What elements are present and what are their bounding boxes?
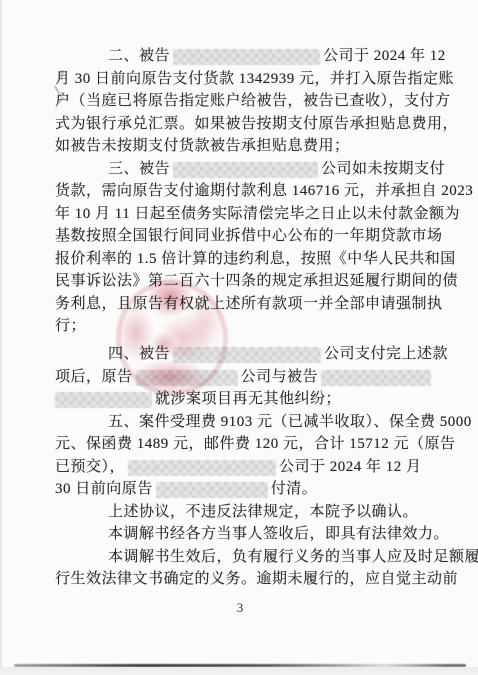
document-line: 已预交）， 公司于 2024 年 12 月 xyxy=(55,458,422,477)
line-text: 四、被告 xyxy=(108,345,170,364)
document-line: 务利息，且原告有权就上述所有款项一并全部申请强制执 xyxy=(55,295,443,314)
redacted-text xyxy=(136,370,238,386)
line-text: 已预交）， xyxy=(55,458,125,477)
document-line: 本调解书生效后，负有履行义务的当事人应及时足额履 xyxy=(108,548,478,567)
document-line: 报价利率的 1.5 倍计算的违约利息，按照《中华人民共和国 xyxy=(55,250,456,269)
document-line: 二、被告 公司于 2024 年 12 xyxy=(108,47,446,66)
line-text: 如被告未按期支付货款被告承担贴息费用； xyxy=(55,137,350,156)
document-line: 上述协议，不违反法律规定，本院予以确认。 xyxy=(108,503,418,522)
line-text: 行生效法律文书确定的义务。逾期未履行的，应自觉主动前 xyxy=(55,570,458,589)
document-line: 就涉案项目再无其他纠纷； xyxy=(55,390,341,409)
line-text: 户（当庭已将原告指定账户给被告，被告已查收），支付方 xyxy=(55,92,451,111)
line-text: 本调解书生效后，负有履行义务的当事人应及时足额履 xyxy=(108,548,478,567)
redacted-text xyxy=(55,392,152,408)
line-text: 项后，原告 xyxy=(55,368,133,387)
line-text: 三、被告 xyxy=(108,160,170,179)
redacted-text xyxy=(173,162,318,178)
document-line: 式为银行承兑汇票。如果被告按期支付原告承担贴息费用， xyxy=(55,115,458,134)
line-text: 元、保函费 1489 元，邮件费 120 元，合计 15712 元（原告 xyxy=(55,435,456,454)
redacted-text xyxy=(173,347,321,363)
line-text: 公司于 2024 年 12 xyxy=(323,47,446,66)
line-text: 30 日前向原告 xyxy=(55,480,153,499)
document-line: 民事诉讼法》第二百六十四条的规定承担迟延履行期间的债 xyxy=(55,272,458,291)
page-left-edge xyxy=(0,0,3,675)
line-text: 货款，需向原告支付逾期付款利息 146716 元，并承担自 2023 xyxy=(55,182,473,201)
document-line: 30 日前向原告 付清。 xyxy=(55,480,317,499)
document-line: 货款，需向原告支付逾期付款利息 146716 元，并承担自 2023 xyxy=(55,182,473,201)
line-text: 上述协议，不违反法律规定，本院予以确认。 xyxy=(108,503,418,522)
redacted-text xyxy=(156,482,268,498)
line-text: 本调解书经各方当事人签收后，即具有法律效力。 xyxy=(108,525,449,544)
line-text: 就涉案项目再无其他纠纷； xyxy=(155,390,341,409)
line-text: 公司与被告 xyxy=(241,368,319,387)
document-line: 本调解书经各方当事人签收后，即具有法律效力。 xyxy=(108,525,449,544)
page-number: 3 xyxy=(228,600,252,616)
line-text: 月 30 日前向原告支付货款 1342939 元，并打入原告指定账 xyxy=(55,70,454,89)
redacted-text xyxy=(128,460,276,476)
line-text: 民事诉讼法》第二百六十四条的规定承担迟延履行期间的债 xyxy=(55,272,458,291)
document-line: 项后，原告 公司与被告 xyxy=(55,368,434,387)
line-text: 公司支付完上述款 xyxy=(324,345,448,364)
line-text: 公司于 2024 年 12 月 xyxy=(279,458,422,477)
line-text: 报价利率的 1.5 倍计算的违约利息，按照《中华人民共和国 xyxy=(55,250,456,269)
line-text: 付清。 xyxy=(271,480,318,499)
document-line: 四、被告 公司支付完上述款 xyxy=(108,345,448,364)
document-line: 基数按照全国银行间同业拆借中心公布的一年期贷款市场 xyxy=(55,227,443,246)
line-text: 基数按照全国银行间同业拆借中心公布的一年期贷款市场 xyxy=(55,227,443,246)
document-line: 年 10 月 11 日起至债务实际清偿完毕之日止以未付款金额为 xyxy=(55,205,460,224)
document-line: 行； xyxy=(55,317,86,336)
line-text: 公司如未按期支付 xyxy=(321,160,445,179)
document-line: 五、案件受理费 9103 元（已减半收取）、保全费 5000 xyxy=(108,413,472,432)
document-line: 三、被告 公司如未按期支付 xyxy=(108,160,445,179)
line-text: 二、被告 xyxy=(108,47,170,66)
line-text: 行； xyxy=(55,317,86,336)
document-line: 元、保函费 1489 元，邮件费 120 元，合计 15712 元（原告 xyxy=(55,435,456,454)
line-text: 五、案件受理费 9103 元（已减半收取）、保全费 5000 xyxy=(108,413,472,432)
document-line: 月 30 日前向原告支付货款 1342939 元，并打入原告指定账 xyxy=(55,70,454,89)
redacted-text xyxy=(173,49,320,65)
document-line: 户（当庭已将原告指定账户给被告，被告已查收），支付方 xyxy=(55,92,451,111)
document-line: 行生效法律文书确定的义务。逾期未履行的，应自觉主动前 xyxy=(55,570,458,589)
line-text: 务利息，且原告有权就上述所有款项一并全部申请强制执 xyxy=(55,295,443,314)
redacted-text xyxy=(321,370,431,386)
line-text: 年 10 月 11 日起至债务实际清偿完毕之日止以未付款金额为 xyxy=(55,205,460,224)
scan-background-strip xyxy=(0,667,478,675)
line-text: 式为银行承兑汇票。如果被告按期支付原告承担贴息费用， xyxy=(55,115,458,134)
document-line: 如被告未按期支付货款被告承担贴息费用； xyxy=(55,137,350,156)
